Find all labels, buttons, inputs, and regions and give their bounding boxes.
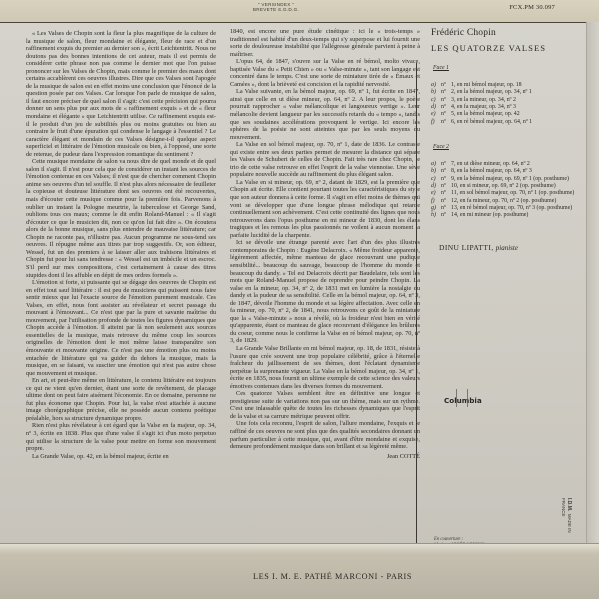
columbia-logo: Columbia	[444, 396, 482, 405]
track-item: e)nº11, en sol bémol majeur, op. 70, nº …	[431, 190, 581, 197]
paragraph: Ces quatorze Valses semblent être en déf…	[230, 390, 420, 420]
track-text: 5, en la bémol majeur, op. 42	[451, 111, 581, 118]
publisher-line: LES I. M. E. PATHÉ MARCONI - PARIS	[253, 572, 412, 581]
paragraph: La Valse en si mineur, op. 69, nº 2, dat…	[230, 179, 420, 239]
music-staff-icon	[456, 389, 468, 407]
liner-notes-column-1: « Les Valses de Chopin sont la fleur la …	[26, 30, 216, 460]
track-no: nº	[441, 176, 451, 183]
paragraph: Cette musique mondaine de salon va nous …	[26, 158, 216, 279]
track-item: e)nº5, en la bémol majeur, op. 42	[431, 111, 581, 118]
track-no: nº	[441, 104, 451, 111]
face-2-label: Face 2	[433, 144, 581, 150]
track-item: a)nº1, en mi bémol majeur, op. 18	[431, 82, 581, 89]
track-item: b)nº2, en la bémol majeur, op. 34, nº 1	[431, 89, 581, 96]
track-item: b)nº8, en la bémol majeur, op. 64, nº 3	[431, 168, 581, 175]
track-no: nº	[441, 119, 451, 126]
track-item: f)nº6, en ré bémol majeur, op. 64, nº 1	[431, 119, 581, 126]
track-text: 3, en la mineur, op. 34, nº 2	[451, 97, 581, 104]
performer-credit: DINU LIPATTI, pianiste	[439, 243, 581, 252]
pianist-role: pianiste	[496, 244, 518, 252]
top-band: " VERSINDEX " BREVETE S.G.D.G. FCX.PM 30…	[0, 0, 599, 23]
bottom-band: LES I. M. E. PATHÉ MARCONI - PARIS	[0, 543, 599, 599]
face-1-label: Face 1	[433, 65, 581, 71]
paragraph: La Grande Valse, op. 42, en la bémol maj…	[26, 453, 216, 461]
track-letter: b)	[431, 168, 441, 175]
track-text: 11, en sol bémol majeur, op. 70, nº 1 (o…	[451, 190, 581, 197]
paragraph: En art, et peut-être même en littérature…	[26, 377, 216, 422]
track-no: nº	[441, 161, 451, 168]
track-no: nº	[441, 97, 451, 104]
tracklist-panel: Frédéric Chopin LES QUATORZE VALSES Face…	[431, 28, 581, 252]
track-text: 7, en ut dièse mineur, op. 64, nº 2	[451, 161, 581, 168]
column-divider	[416, 63, 417, 553]
track-no: nº	[441, 198, 451, 205]
made-in-france-mark: I.D.M. MADE IN FRANCE	[561, 498, 572, 543]
sleeve-edge	[586, 22, 599, 546]
track-no: nº	[441, 190, 451, 197]
track-letter: c)	[431, 176, 441, 183]
versindex-mark: " VERSINDEX " BREVETE S.G.D.G.	[236, 2, 316, 12]
track-letter: c)	[431, 97, 441, 104]
paragraph: L'opus 64, de 1847, s'ouvre sur la Valse…	[230, 58, 420, 88]
back-cover-sheet: « Les Valses de Chopin sont la fleur la …	[0, 23, 599, 543]
track-item: a)nº7, en ut dièse mineur, op. 64, nº 2	[431, 161, 581, 168]
author-signature: Jean COTTÉ	[230, 453, 420, 461]
track-no: nº	[441, 111, 451, 118]
track-item: c)nº9, en la bémol majeur, op. 69, nº 1 …	[431, 176, 581, 183]
track-text: 1, en mi bémol majeur, op. 18	[451, 82, 581, 89]
track-letter: h)	[431, 212, 441, 219]
track-no: nº	[441, 82, 451, 89]
track-no: nº	[441, 183, 451, 190]
track-text: 14, en mi mineur (op. posthume)	[451, 212, 581, 219]
idm-code: I.D.M.	[566, 498, 572, 511]
track-item: h)nº14, en mi mineur (op. posthume)	[431, 212, 581, 219]
paragraph: Une fois cela reconnu, l'esprit de salon…	[230, 420, 420, 450]
paragraph: « Les Valses de Chopin sont la fleur la …	[26, 30, 216, 158]
paragraph: La Valse suivante, en la bémol majeur, o…	[230, 88, 420, 141]
track-text: 9, en la bémol majeur, op. 69, nº 1 (op.…	[451, 176, 581, 183]
track-no: nº	[441, 168, 451, 175]
track-letter: f)	[431, 119, 441, 126]
paragraph: La Grande Valse Brillante en mi bémol ma…	[230, 345, 420, 390]
track-letter: b)	[431, 89, 441, 96]
patent-label: BREVETE S.G.D.G.	[236, 7, 316, 12]
composer-name: Frédéric Chopin	[431, 28, 581, 38]
track-letter: e)	[431, 190, 441, 197]
catalog-number: FCX.PM 30.097	[509, 4, 555, 11]
paragraph: Ici se dévoile une étrange parenté avec …	[230, 239, 420, 345]
paragraph: La Valse en sol bémol majeur, op. 70, nº…	[230, 141, 420, 179]
track-letter: e)	[431, 111, 441, 118]
track-item: d)nº4, en fa majeur, op. 34, nº 3	[431, 104, 581, 111]
album-title: LES QUATORZE VALSES	[431, 43, 581, 53]
track-no: nº	[441, 212, 451, 219]
track-text: 6, en ré bémol majeur, op. 64, nº 1	[451, 119, 581, 126]
track-text: 8, en la bémol majeur, op. 64, nº 3	[451, 168, 581, 175]
pianist-name: DINU LIPATTI,	[439, 243, 494, 252]
track-text: 4, en fa majeur, op. 34, nº 3	[451, 104, 581, 111]
face-1-tracklist: a)nº1, en mi bémol majeur, op. 18b)nº2, …	[431, 82, 581, 126]
track-no: nº	[441, 89, 451, 96]
liner-notes-column-2: 1840, est encore une pure étude cinétiqu…	[230, 28, 420, 460]
track-no: nº	[441, 205, 451, 212]
face-2-tracklist: a)nº7, en ut dièse mineur, op. 64, nº 2b…	[431, 161, 581, 220]
paragraph: 1840, est encore une pure étude cinétiqu…	[230, 28, 420, 58]
track-item: c)nº3, en la mineur, op. 34, nº 2	[431, 97, 581, 104]
paragraph: L'émotion si forte, si puissante qui se …	[26, 279, 216, 377]
paragraph: Rien n'est plus révélateur à cet égard q…	[26, 422, 216, 452]
track-text: 2, en la bémol majeur, op. 34, nº 1	[451, 89, 581, 96]
